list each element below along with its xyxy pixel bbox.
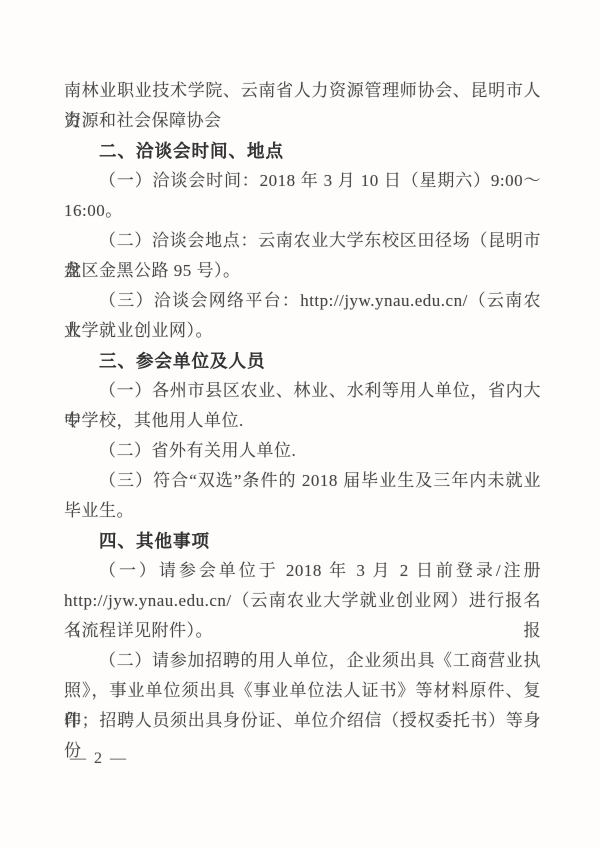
text-line: 龙区金黑公路 95 号）。 bbox=[64, 256, 541, 286]
text-line: （一）请参会单位于 2018 年 3 月 2 日前登录/注册 bbox=[64, 556, 541, 586]
text-line: （三）符合“双选”条件的 2018 届毕业生及三年内未就业 bbox=[64, 466, 541, 496]
text-line: http://jyw.ynau.edu.cn/（云南农业大学就业创业网）进行报名… bbox=[64, 586, 541, 616]
text-line: （二）洽谈会地点：云南农业大学东校区田径场（昆明市盘 bbox=[64, 226, 541, 256]
text-line: 毕业生。 bbox=[64, 496, 541, 526]
section-heading: 四、其他事项 bbox=[64, 526, 541, 556]
text-line: （二）请参加招聘的用人单位，企业须出具《工商营业执 bbox=[64, 646, 541, 676]
document-content: 南林业职业技术学院、云南省人力资源管理师协会、昆明市人力资源和社会保障协会二、洽… bbox=[64, 76, 541, 736]
text-line: 南林业职业技术学院、云南省人力资源管理师协会、昆明市人力 bbox=[64, 76, 541, 106]
text-line: 大学就业创业网）。 bbox=[64, 316, 541, 346]
text-line: （三）洽谈会网络平台：http://jyw.ynau.edu.cn/（云南农业 bbox=[64, 286, 541, 316]
text-line: 资源和社会保障协会 bbox=[64, 106, 541, 136]
text-line: 16:00。 bbox=[64, 196, 541, 226]
text-line: （二）省外有关用人单位. bbox=[64, 436, 541, 466]
page-number: — 2 — bbox=[70, 744, 128, 774]
section-heading: 二、洽谈会时间、地点 bbox=[64, 136, 541, 166]
text-line: 件；招聘人员须出具身份证、单位介绍信（授权委托书）等身份 bbox=[64, 706, 541, 736]
scanned-document-page: 南林业职业技术学院、云南省人力资源管理师协会、昆明市人力资源和社会保障协会二、洽… bbox=[0, 0, 600, 848]
text-line: （一）洽谈会时间：2018 年 3 月 10 日（星期六）9:00～ bbox=[64, 166, 541, 196]
text-line: （一）各州市县区农业、林业、水利等用人单位，省内大中 bbox=[64, 376, 541, 406]
section-heading: 三、参会单位及人员 bbox=[64, 346, 541, 376]
text-line: 照》，事业单位须出具《事业单位法人证书》等材料原件、复印 bbox=[64, 676, 541, 706]
text-line: 专学校，其他用人单位. bbox=[64, 406, 541, 436]
